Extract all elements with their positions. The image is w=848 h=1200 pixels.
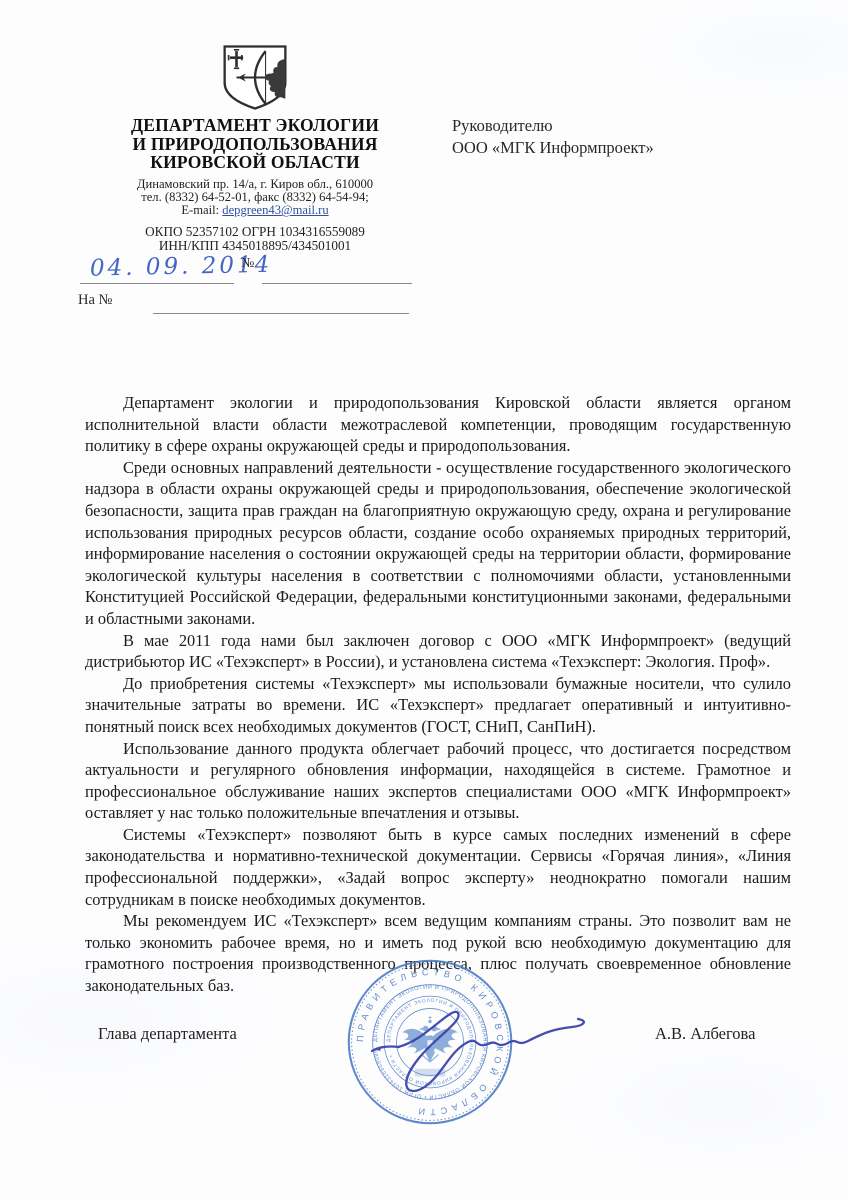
email-label: E-mail: <box>181 203 222 217</box>
paragraph: В мае 2011 года нами был заключен догово… <box>85 630 791 673</box>
recipient-line1: Руководителю <box>452 115 654 137</box>
recipient-line2: ООО «МГК Информпроект» <box>452 137 654 159</box>
kirov-coat-of-arms <box>222 44 288 111</box>
email-line: E-mail: depgreen43@mail.ru <box>55 204 455 217</box>
signer-name: А.В. Албегова <box>655 1024 755 1044</box>
org-codes: ОКПО 52357102 ОГРН 1034316559089 ИНН/КПП… <box>55 225 455 253</box>
email-link: depgreen43@mail.ru <box>222 203 328 217</box>
paragraph: Системы «Техэксперт» позволяют быть в ку… <box>85 824 791 910</box>
paragraph: До приобретения системы «Техэксперт» мы … <box>85 673 791 738</box>
paragraph: Департамент экологии и природопользовани… <box>85 392 791 457</box>
address-line2: тел. (8332) 64-52-01, факс (8332) 64-54-… <box>55 191 455 204</box>
org-name-line1: ДЕПАРТАМЕНТ ЭКОЛОГИИ <box>55 116 455 135</box>
coat-of-arms-icon <box>222 44 288 111</box>
org-name-line2: И ПРИРОДОПОЛЬЗОВАНИЯ <box>55 135 455 154</box>
org-name-line3: КИРОВСКОЙ ОБЛАСТИ <box>55 153 455 172</box>
letterhead-block: ДЕПАРТАМЕНТ ЭКОЛОГИИ И ПРИРОДОПОЛЬЗОВАНИ… <box>55 116 455 253</box>
signer-position: Глава департамента <box>98 1024 237 1044</box>
reply-to-underline <box>153 313 409 314</box>
codes-line2: ИНН/КПП 4345018895/434501001 <box>55 239 455 253</box>
org-address: Динамовский пр. 14/а, г. Киров обл., 610… <box>55 178 455 218</box>
pen-signature <box>358 998 600 1102</box>
paragraph: Использование данного продукта облегчает… <box>85 738 791 824</box>
number-underline <box>262 283 412 284</box>
date-underline <box>80 283 234 284</box>
paragraph: Среди основных направлений деятельности … <box>85 457 791 630</box>
codes-line1: ОКПО 52357102 ОГРН 1034316559089 <box>55 225 455 239</box>
number-sign: № <box>241 256 254 272</box>
address-line1: Динамовский пр. 14/а, г. Киров обл., 610… <box>55 178 455 191</box>
letter-body: Департамент экологии и природопользовани… <box>85 392 791 997</box>
handwritten-date: 04. 09. 2014 <box>90 252 241 281</box>
reply-to-label: На № <box>78 292 112 309</box>
recipient-block: Руководителю ООО «МГК Информпроект» <box>452 115 654 159</box>
